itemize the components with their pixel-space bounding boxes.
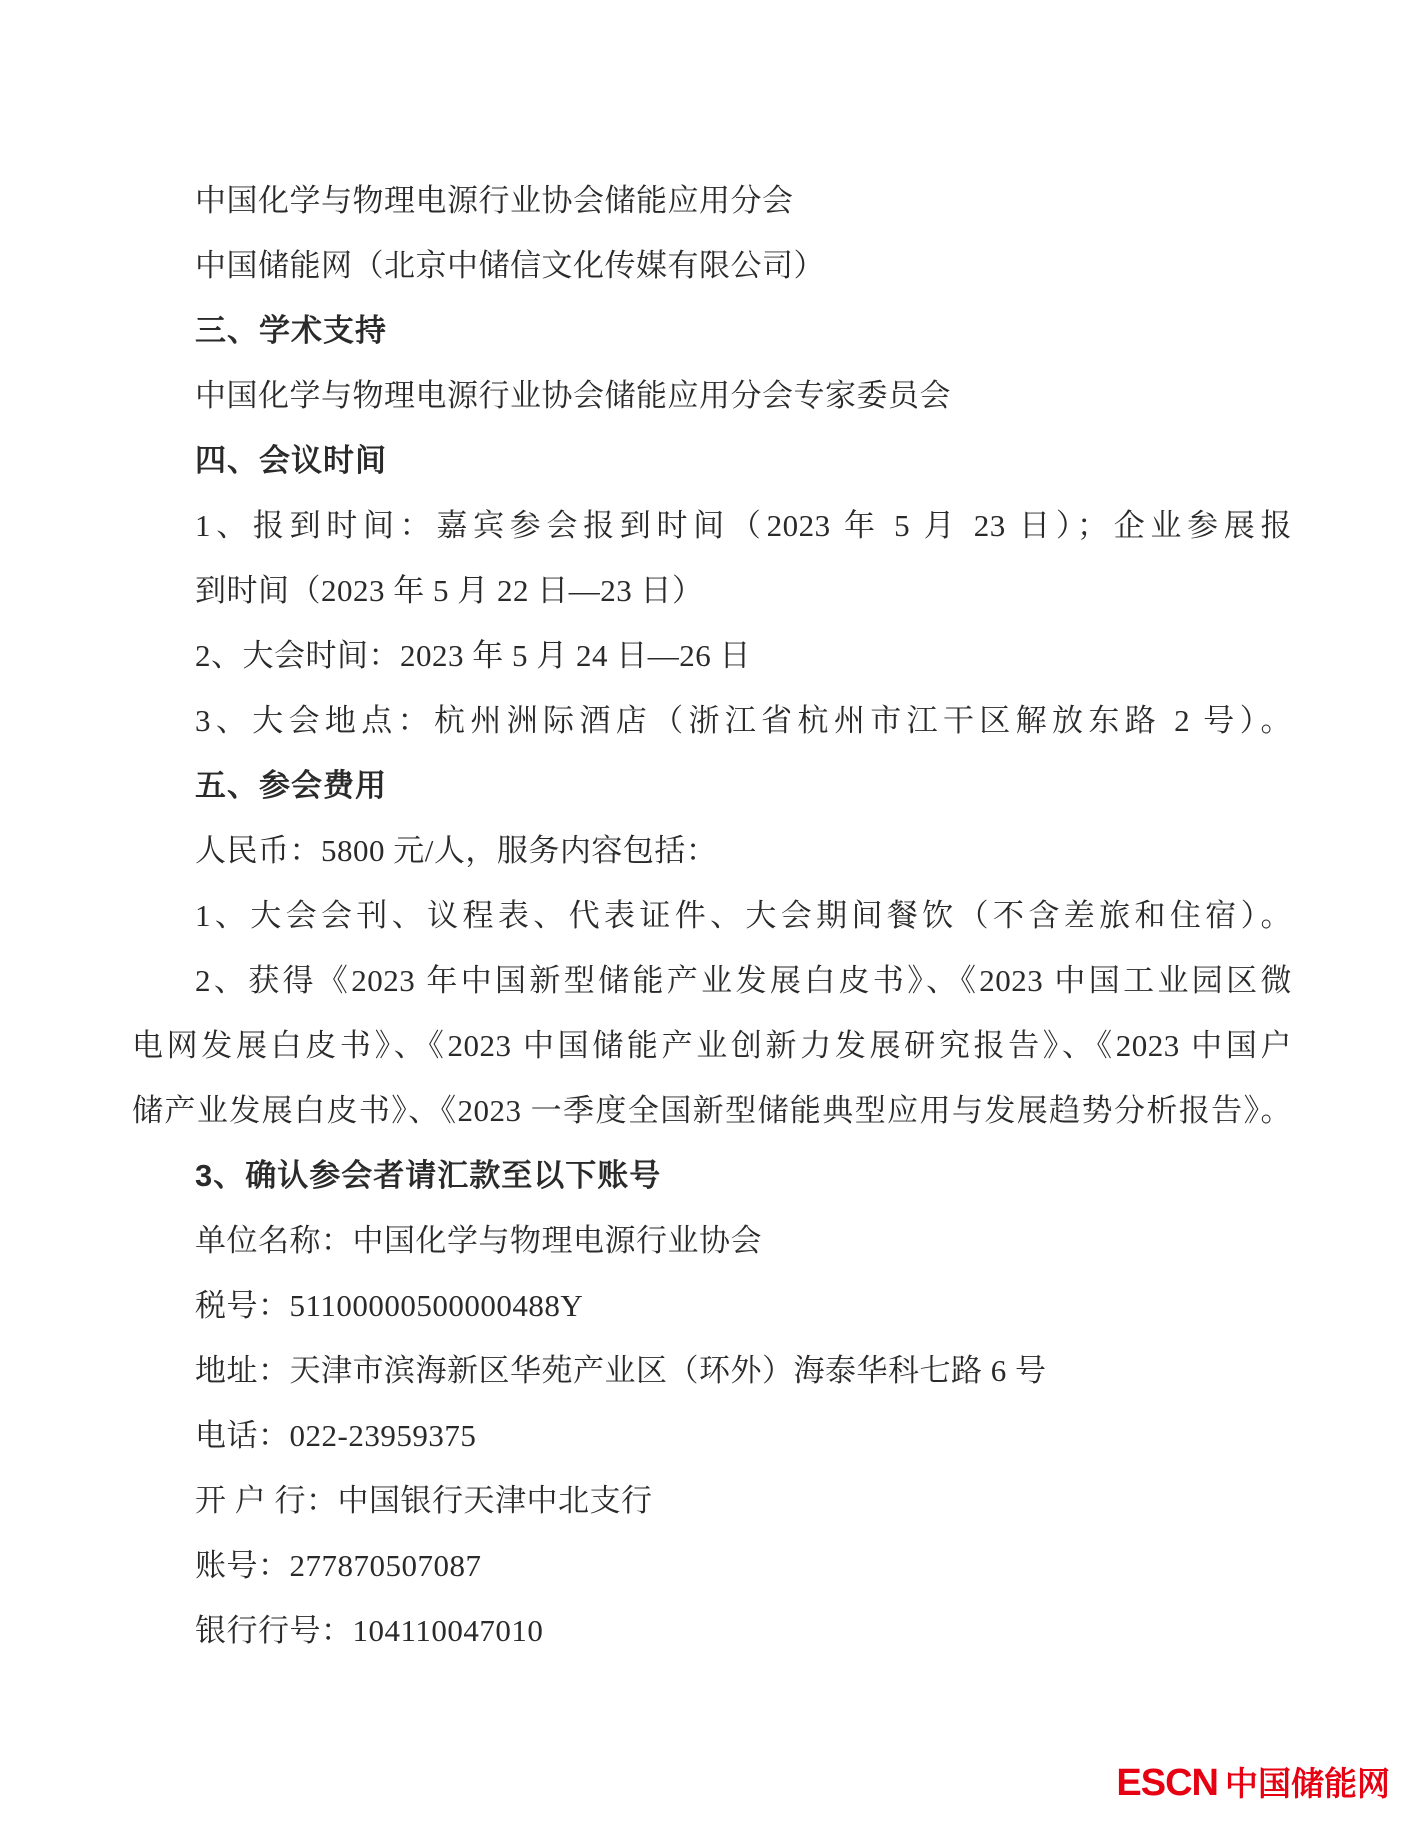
section-heading: 3、确认参会者请汇款至以下账号 [132,1143,1292,1208]
document-line: 2、大会时间：2023 年 5 月 24 日—26 日 [132,623,1292,688]
document-page: 中国化学与物理电源行业协会储能应用分会中国储能网（北京中储信文化传媒有限公司）三… [0,0,1412,1829]
document-line: 开 户 行：中国银行天津中北支行 [132,1468,1292,1533]
document-line: 2、获得《2023 年中国新型储能产业发展白皮书》、《2023 中国工业园区微 [132,948,1292,1013]
document-line: 地址：天津市滨海新区华苑产业区（环外）海泰华科七路 6 号 [132,1338,1292,1403]
document-line: 税号：51100000500000488Y [132,1273,1292,1338]
document-line: 中国储能网（北京中储信文化传媒有限公司） [132,233,1292,298]
escn-logo-chinese-text: 中国储能网 [1225,1765,1390,1802]
document-line: 中国化学与物理电源行业协会储能应用分会专家委员会 [132,363,1292,428]
document-line: 到时间（2023 年 5 月 22 日—23 日） [132,558,1292,623]
escn-logo-latin-text: ESCN [1116,1762,1218,1804]
document-line: 1、报到时间：嘉宾参会报到时间（2023 年 5 月 23 日）；企业参展报 [132,493,1292,558]
document-line: 电话：022-23959375 [132,1403,1292,1468]
document-line: 单位名称：中国化学与物理电源行业协会 [132,1208,1292,1273]
escn-logo: ESCN中国储能网 [1116,1764,1390,1810]
document-line: 电网发展白皮书》、《2023 中国储能产业创新力发展研究报告》、《2023 中国… [132,1013,1292,1078]
section-heading: 四、会议时间 [132,428,1292,493]
document-line: 中国化学与物理电源行业协会储能应用分会 [132,168,1292,233]
document-line: 人民币：5800 元/人，服务内容包括： [132,818,1292,883]
section-heading: 五、参会费用 [132,753,1292,818]
document-line: 1、大会会刊、议程表、代表证件、大会期间餐饮（不含差旅和住宿）。 [132,883,1292,948]
document-line: 储产业发展白皮书》、《2023 一季度全国新型储能典型应用与发展趋势分析报告》。 [132,1078,1292,1143]
document-line: 3、大会地点：杭州洲际酒店（浙江省杭州市江干区解放东路 2 号）。 [132,688,1292,753]
document-body: 中国化学与物理电源行业协会储能应用分会中国储能网（北京中储信文化传媒有限公司）三… [0,0,1412,1663]
document-line: 银行行号：104110047010 [132,1598,1292,1663]
document-line: 账号：277870507087 [132,1533,1292,1598]
section-heading: 三、学术支持 [132,298,1292,363]
